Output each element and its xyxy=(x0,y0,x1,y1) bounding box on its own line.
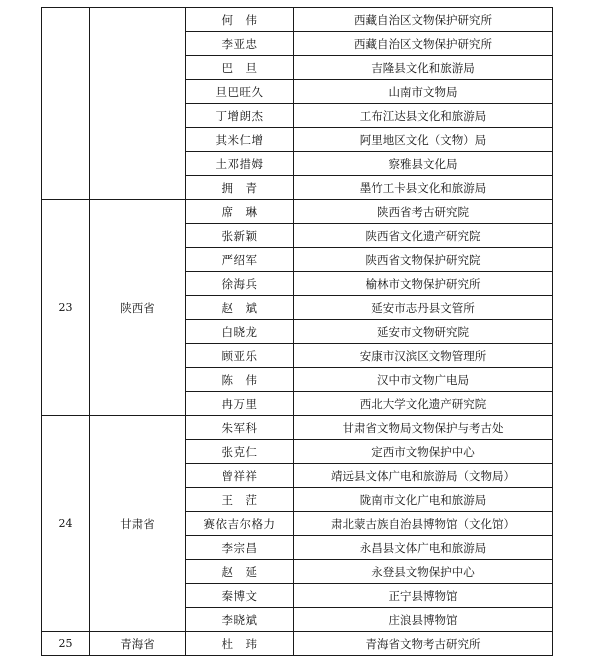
person-name-cell: 陈 伟 xyxy=(186,368,294,392)
person-name-cell: 曾祥祥 xyxy=(186,464,294,488)
organization-cell: 正宁县博物馆 xyxy=(294,584,553,608)
table-row: 23 陕西省 席 琳 陕西省考古研究院 xyxy=(42,200,553,224)
organization-cell: 西藏自治区文物保护研究所 xyxy=(294,8,553,32)
organization-cell: 汉中市文物广电局 xyxy=(294,368,553,392)
person-name-cell: 拥 青 xyxy=(186,176,294,200)
organization-cell: 墨竹工卡县文化和旅游局 xyxy=(294,176,553,200)
person-name-cell: 丁增朗杰 xyxy=(186,104,294,128)
organization-cell: 山南市文物局 xyxy=(294,80,553,104)
person-name-cell: 张克仁 xyxy=(186,440,294,464)
person-name-cell: 李宗昌 xyxy=(186,536,294,560)
group-number-cell: 25 xyxy=(42,632,90,656)
organization-cell: 定西市文物保护中心 xyxy=(294,440,553,464)
person-name-cell: 顾亚乐 xyxy=(186,344,294,368)
person-name-cell: 严绍军 xyxy=(186,248,294,272)
organization-cell: 青海省文物考古研究所 xyxy=(294,632,553,656)
person-name-cell: 席 琳 xyxy=(186,200,294,224)
person-name-cell: 徐海兵 xyxy=(186,272,294,296)
organization-cell: 陕西省文物保护研究院 xyxy=(294,248,553,272)
organization-cell: 西北大学文化遗产研究院 xyxy=(294,392,553,416)
person-name-cell: 朱军科 xyxy=(186,416,294,440)
organization-cell: 吉隆县文化和旅游局 xyxy=(294,56,553,80)
document-page: 何 伟 西藏自治区文物保护研究所 李亚忠 西藏自治区文物保护研究所 巴 旦 吉隆… xyxy=(41,7,553,656)
person-name-cell: 李晓斌 xyxy=(186,608,294,632)
group-number-cell: 23 xyxy=(42,200,90,416)
organization-cell: 延安市文物研究院 xyxy=(294,320,553,344)
person-name-cell: 秦博文 xyxy=(186,584,294,608)
person-name-cell: 旦巴旺久 xyxy=(186,80,294,104)
organization-cell: 安康市汉滨区文物管理所 xyxy=(294,344,553,368)
organization-cell: 肃北蒙古族自治县博物馆（文化馆） xyxy=(294,512,553,536)
organization-cell: 榆林市文物保护研究所 xyxy=(294,272,553,296)
roster-body: 何 伟 西藏自治区文物保护研究所 李亚忠 西藏自治区文物保护研究所 巴 旦 吉隆… xyxy=(42,8,553,656)
person-name-cell: 张新颖 xyxy=(186,224,294,248)
organization-cell: 甘肃省文物局文物保护与考古处 xyxy=(294,416,553,440)
province-cell: 陕西省 xyxy=(90,200,186,416)
person-name-cell: 土邓措姆 xyxy=(186,152,294,176)
person-name-cell: 杜 玮 xyxy=(186,632,294,656)
organization-cell: 阿里地区文化（文物）局 xyxy=(294,128,553,152)
table-row: 25 青海省 杜 玮 青海省文物考古研究所 xyxy=(42,632,553,656)
organization-cell: 永登县文物保护中心 xyxy=(294,560,553,584)
organization-cell: 陕西省考古研究院 xyxy=(294,200,553,224)
province-cell: 甘肃省 xyxy=(90,416,186,632)
organization-cell: 陇南市文化广电和旅游局 xyxy=(294,488,553,512)
table-row: 24 甘肃省 朱军科 甘肃省文物局文物保护与考古处 xyxy=(42,416,553,440)
organization-cell: 察雅县文化局 xyxy=(294,152,553,176)
organization-cell: 延安市志丹县文管所 xyxy=(294,296,553,320)
person-name-cell: 巴 旦 xyxy=(186,56,294,80)
person-name-cell: 何 伟 xyxy=(186,8,294,32)
organization-cell: 陕西省文化遗产研究院 xyxy=(294,224,553,248)
person-name-cell: 白晓龙 xyxy=(186,320,294,344)
person-name-cell: 赵 延 xyxy=(186,560,294,584)
organization-cell: 庄浪县博物馆 xyxy=(294,608,553,632)
province-cell: 青海省 xyxy=(90,632,186,656)
person-name-cell: 冉万里 xyxy=(186,392,294,416)
group-number-cell xyxy=(42,8,90,200)
organization-cell: 靖远县文体广电和旅游局（文物局） xyxy=(294,464,553,488)
person-name-cell: 赵 斌 xyxy=(186,296,294,320)
organization-cell: 工布江达县文化和旅游局 xyxy=(294,104,553,128)
person-name-cell: 王 茳 xyxy=(186,488,294,512)
organization-cell: 西藏自治区文物保护研究所 xyxy=(294,32,553,56)
personnel-roster-table: 何 伟 西藏自治区文物保护研究所 李亚忠 西藏自治区文物保护研究所 巴 旦 吉隆… xyxy=(41,7,553,656)
group-number-cell: 24 xyxy=(42,416,90,632)
table-row: 何 伟 西藏自治区文物保护研究所 xyxy=(42,8,553,32)
person-name-cell: 李亚忠 xyxy=(186,32,294,56)
organization-cell: 永昌县文体广电和旅游局 xyxy=(294,536,553,560)
person-name-cell: 赛依吉尔格力 xyxy=(186,512,294,536)
person-name-cell: 其米仁增 xyxy=(186,128,294,152)
province-cell xyxy=(90,8,186,200)
